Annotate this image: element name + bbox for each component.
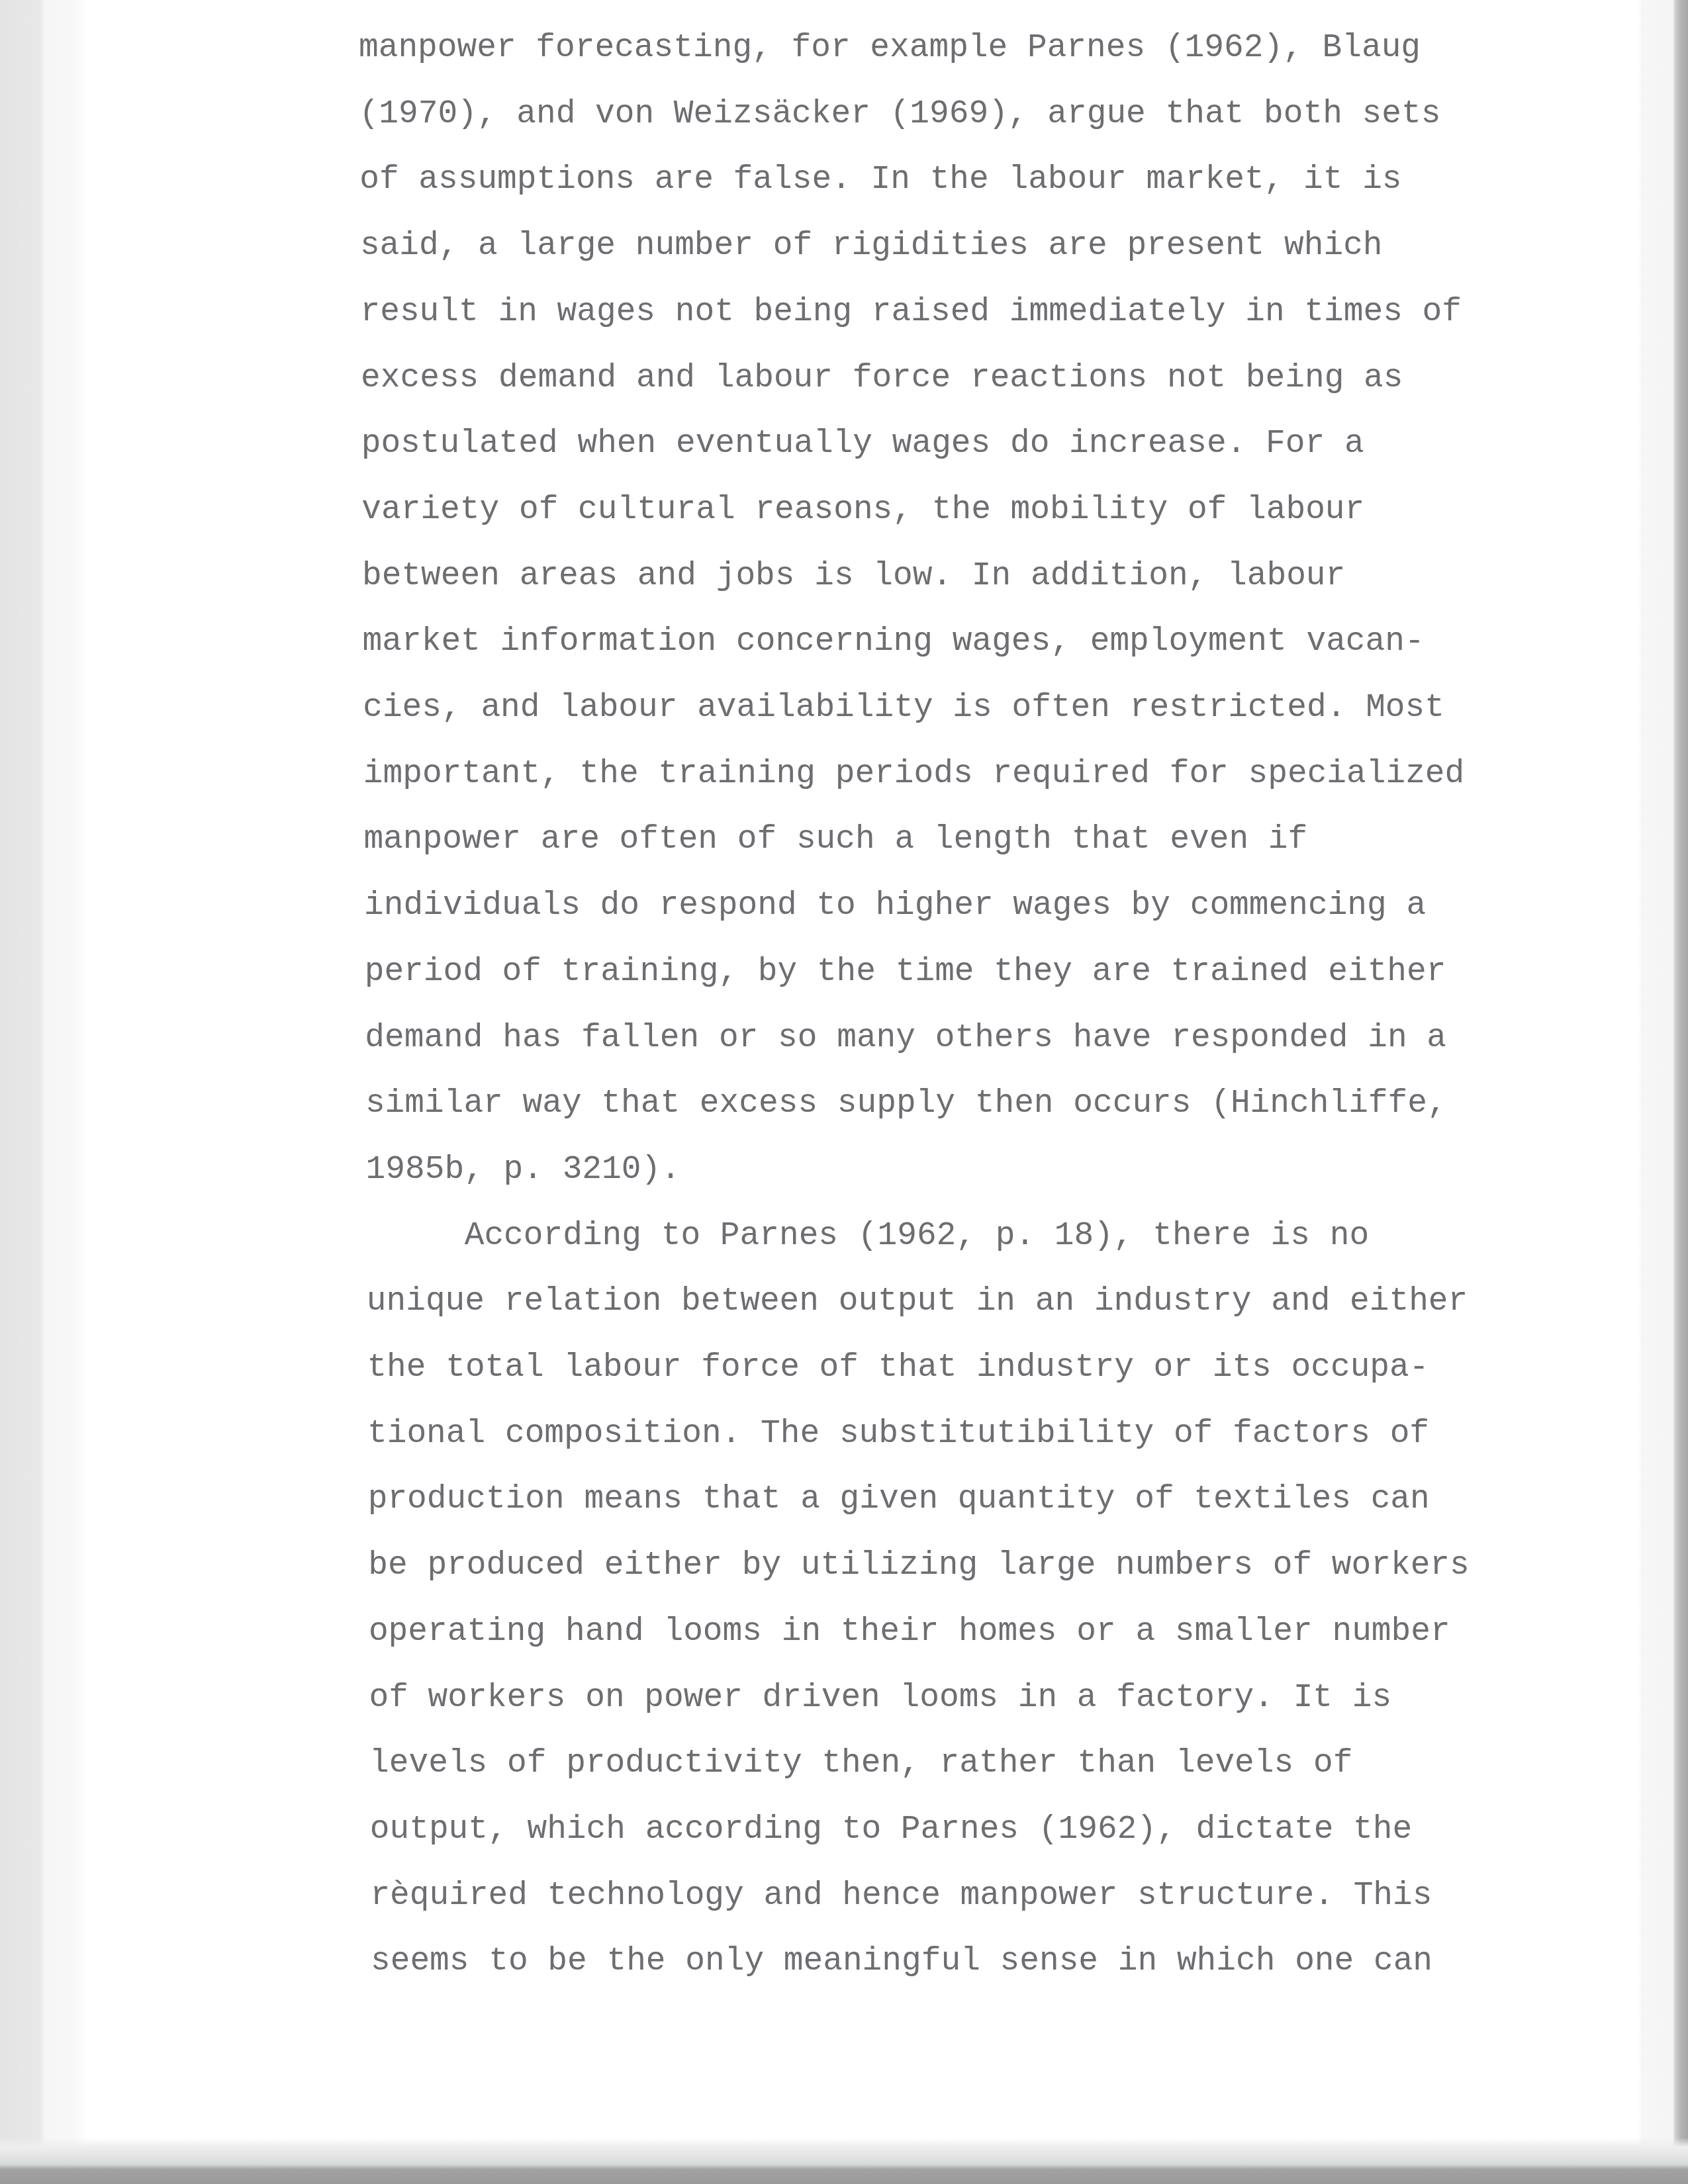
text-line: 1985b, p. 3210). <box>366 1154 680 1187</box>
text-line: period of training, by the time they are… <box>365 956 1446 989</box>
text-line: result in wages not being raised immedia… <box>361 296 1462 329</box>
text-line: levels of productivity then, rather than… <box>369 1747 1352 1780</box>
text-line: manpower are often of such a length that… <box>363 823 1307 856</box>
text-line: similar way that excess supply then occu… <box>365 1087 1447 1120</box>
text-line: manpower forecasting, for example Parnes… <box>359 32 1421 65</box>
text-line: individuals do respond to higher wages b… <box>364 889 1426 923</box>
text-line: the total labour force of that industry … <box>367 1351 1429 1385</box>
text-line: (1970), and von Weizsäcker (1969), argue… <box>359 98 1441 131</box>
text-line: market information concerning wages, emp… <box>363 625 1425 659</box>
text-line: excess demand and labour force reactions… <box>361 362 1403 395</box>
text-line: operating hand looms in their homes or a… <box>369 1615 1450 1649</box>
text-line: unique relation between output in an ind… <box>367 1285 1468 1318</box>
scanned-page: manpower forecasting, for example Parnes… <box>0 0 1688 2184</box>
text-line: demand has fallen or so many others have… <box>365 1022 1446 1055</box>
text-line: tional composition. The substitutibility… <box>367 1418 1429 1451</box>
text-line: be produced either by utilizing large nu… <box>368 1549 1469 1582</box>
text-line: cies, and labour availability is often r… <box>363 692 1444 725</box>
text-line: production means that a given quantity o… <box>368 1483 1430 1516</box>
body-text: manpower forecasting, for example Parnes… <box>0 0 1688 2184</box>
text-line: said, a large number of rigidities are p… <box>360 230 1383 263</box>
text-line: According to Parnes (1962, p. 18), there… <box>465 1220 1369 1253</box>
text-line: variety of cultural reasons, the mobilit… <box>361 494 1364 527</box>
text-line: of workers on power driven looms in a fa… <box>369 1682 1392 1715</box>
text-line: important, the training periods required… <box>363 758 1464 791</box>
text-line: rèquired technology and hence manpower s… <box>370 1880 1432 1913</box>
text-line: output, which according to Parnes (1962)… <box>370 1813 1412 1846</box>
text-line: between areas and jobs is low. In additi… <box>362 560 1345 593</box>
text-line: seems to be the only meaningful sense in… <box>371 1945 1432 1978</box>
text-line: of assumptions are false. In the labour … <box>359 163 1401 197</box>
text-line: postulated when eventually wages do incr… <box>361 428 1364 461</box>
